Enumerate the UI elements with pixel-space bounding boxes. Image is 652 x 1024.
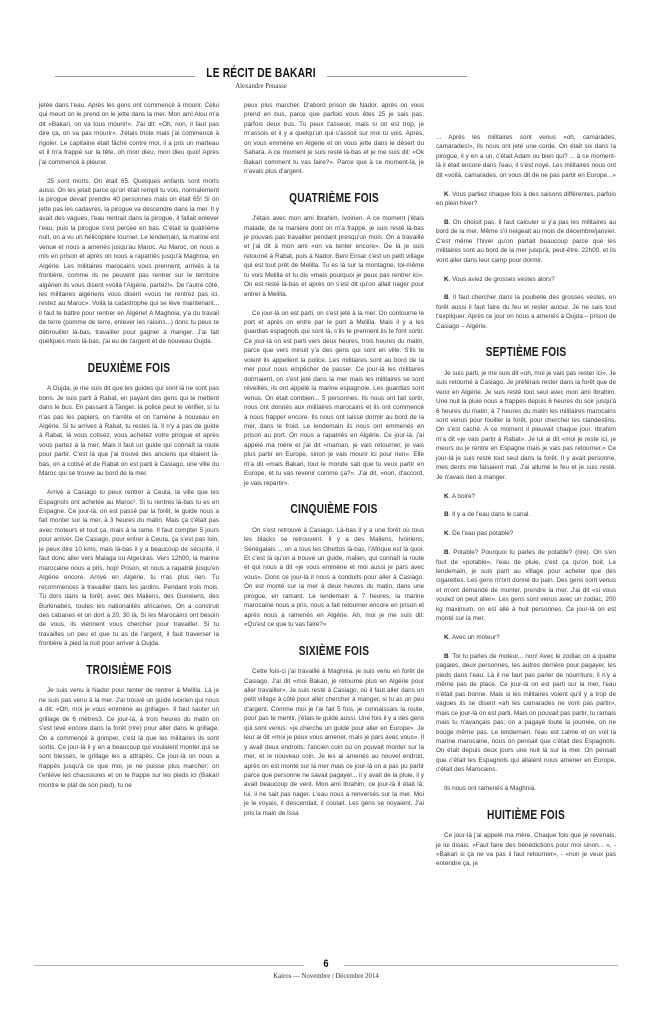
paragraph: Ils nous ont ramenés à Maghnia.: [436, 784, 616, 793]
section-heading-quatrieme: QUATRIÈME FOIS: [264, 193, 404, 202]
interview-answer: B. On choisit pas. Il faut calculer si y…: [436, 218, 616, 265]
interview-answer: B. Potable? Pourquoi tu parles de potabl…: [436, 548, 616, 624]
paragraph: Je suis parti, je me suis dit «oh, moi j…: [436, 369, 616, 482]
paragraph: A Oujda, je me suis dit que les guides q…: [39, 384, 219, 479]
publication-line: Kairos — Novembre / Décembre 2014: [34, 973, 618, 980]
paragraph: Arrivé à Casiago tu peux rentrer à Ceuta…: [39, 488, 219, 649]
column-2: peux plus marcher. D'abord prison de Nad…: [244, 101, 424, 828]
paragraph: J'étais avec mon ami Ibrahim, Ivoirien. …: [244, 214, 424, 299]
interview-question: K. Avec un moteur?: [436, 633, 616, 642]
article-title: LE RÉCIT DE BAKARI: [92, 66, 430, 80]
paragraph: jetée dans l'eau. Après les gens ont com…: [39, 101, 219, 167]
interview-question: K. De l'eau pas potable?: [436, 529, 616, 538]
section-heading-deuxieme: DEUXIÈME FOIS: [59, 363, 199, 372]
page-number: 6: [78, 958, 574, 970]
paragraph: Ce jour-là on est parti, on s'est jeté à…: [244, 309, 424, 489]
section-heading-sixieme: SIXIÈME FOIS: [264, 646, 404, 655]
section-heading-cinquieme: CINQUIÈME FOIS: [264, 504, 404, 513]
interview-question: K. Vous partiez chaque fois à des saison…: [436, 190, 616, 209]
section-heading-septieme: SEPTIÈME FOIS: [456, 347, 596, 356]
interview-answer: B. Toi tu parles de moteur... non! Avec …: [436, 652, 616, 775]
section-heading-troisieme: TROISIÈME FOIS: [59, 665, 199, 674]
column-3: ... Après les militaires sont venus «oh,…: [436, 133, 616, 878]
paragraph: 25 sont morts. On était 65. Quelques enf…: [39, 177, 219, 347]
interview-answer: B. Il faut chercher dans la poubelle des…: [436, 293, 616, 331]
column-1: jetée dans l'eau. Après les gens ont com…: [39, 101, 219, 800]
interview-question: K. A boire?: [436, 492, 616, 501]
interview-question: K. Vous aviez de grosses vestes alors?: [436, 275, 616, 284]
paragraph: Je suis venu à Nador pour tenter de rent…: [39, 686, 219, 790]
paragraph: peux plus marcher. D'abord prison de Nad…: [244, 101, 424, 177]
paragraph: Cette fois-ci j'ai travaillé à Maghnia, …: [244, 667, 424, 818]
paragraph: On s'est retrouvé à Casiago. Là-bas il y…: [244, 526, 424, 630]
interview-answer: B. Il y a de l'eau dans le canal.: [436, 510, 616, 519]
section-heading-huitieme: HUITIÈME FOIS: [456, 810, 596, 819]
paragraph: ... Après les militaires sont venus «oh,…: [436, 133, 616, 180]
article-header: LE RÉCIT DE BAKARI Alexandre Penasse: [55, 52, 467, 92]
paragraph: Ce jour-là j'ai appelé ma mère. Chaque f…: [436, 831, 616, 869]
article-author: Alexandre Penasse: [55, 83, 467, 90]
page-footer: 6 Kairos — Novembre / Décembre 2014: [34, 958, 618, 1008]
